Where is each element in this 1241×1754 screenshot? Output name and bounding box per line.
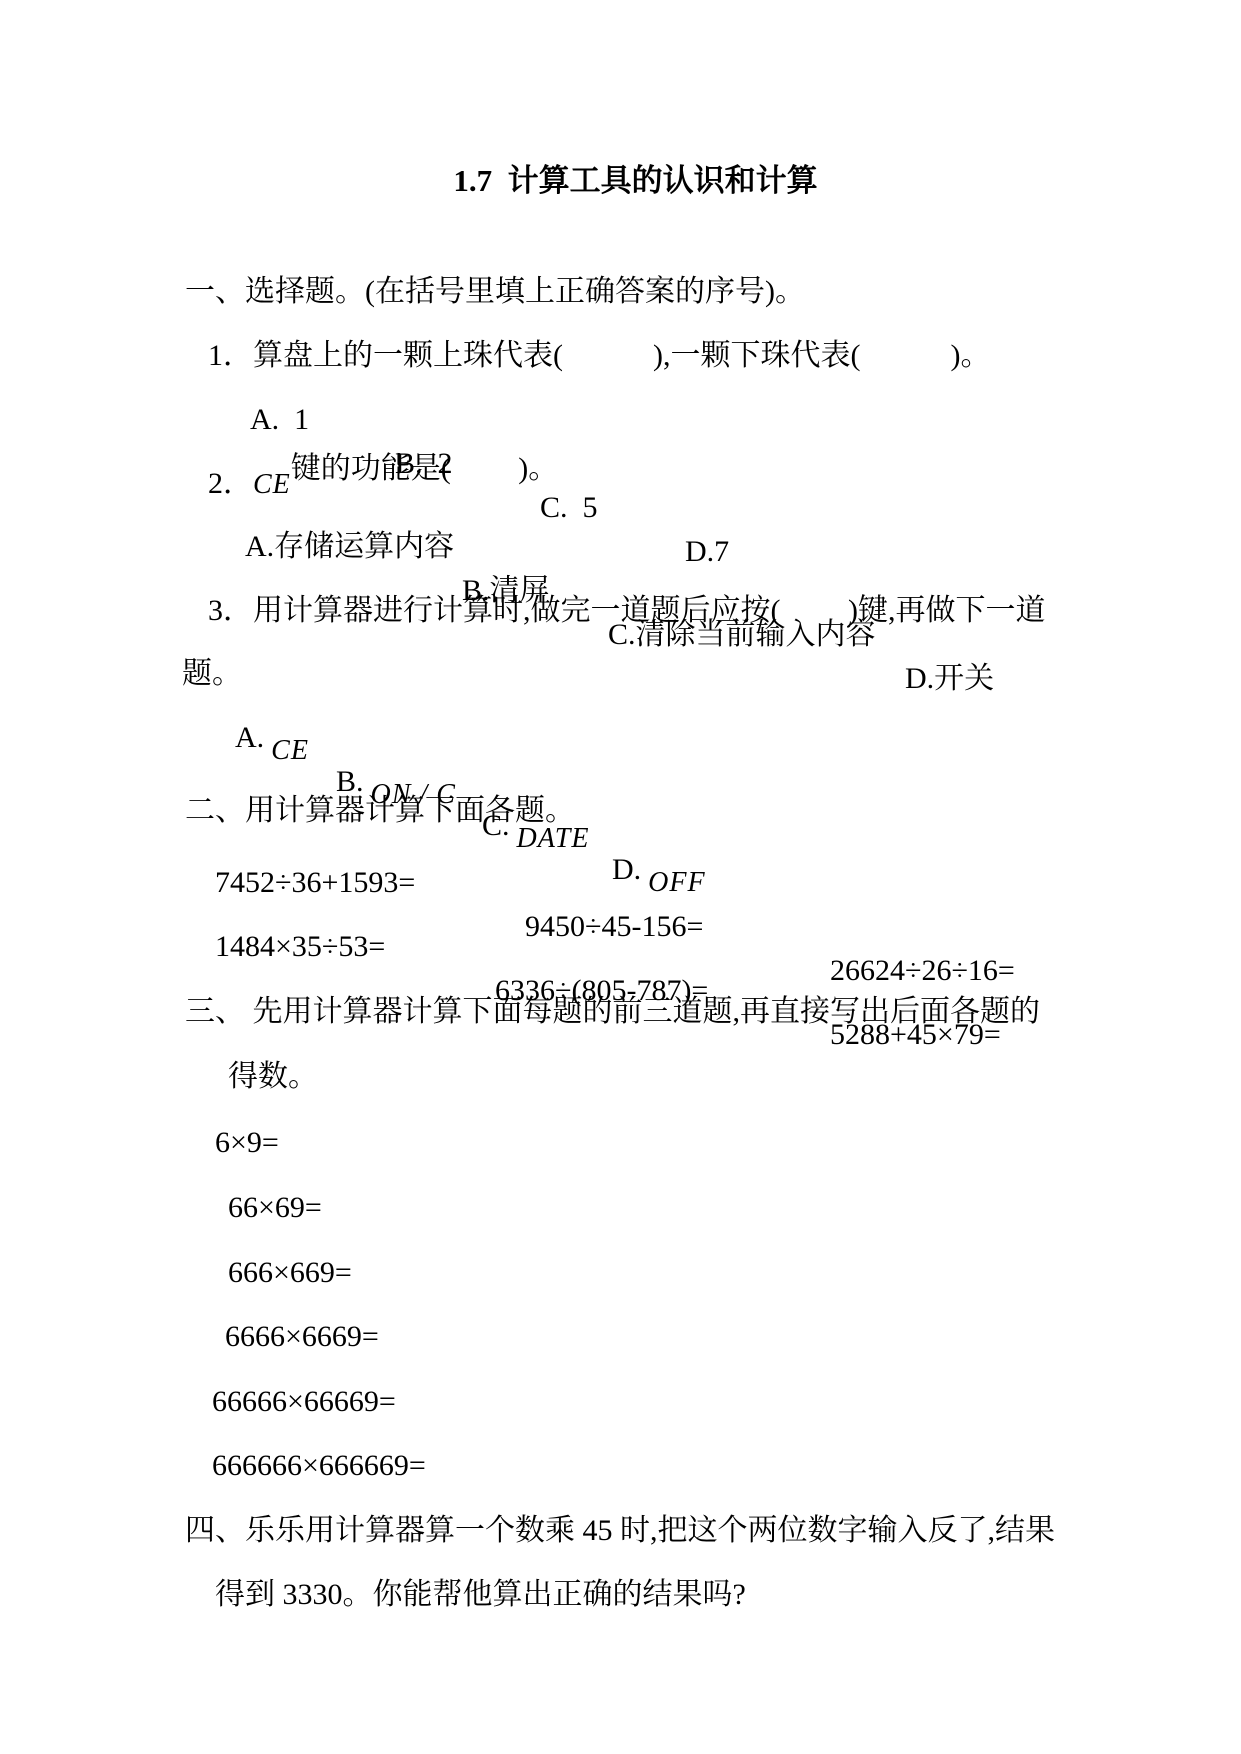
question-2: 2．CE键的功能是( )。: [0, 418, 1241, 462]
calc-row-2: 1484×35÷53= 6336÷(805-787)= 5288+45×79=: [0, 881, 1241, 925]
section-one-heading: 一、选择题。(在括号里填上正确答案的序号)。: [0, 226, 1241, 270]
calc-row-1: 7452÷36+1593= 9450÷45-156= 26624÷26÷16=: [0, 817, 1241, 861]
question-3-line1: 3．用计算器进行计算时,做完一道题后应按( )键,再做下一道: [0, 545, 1241, 589]
pattern-item-6: 666666×666669=: [0, 1400, 1241, 1444]
question-1: 1．算盘上的一颗上珠代表( ),一颗下珠代表( )。: [0, 290, 1241, 334]
pattern-item-2: 66×69=: [0, 1142, 1241, 1186]
section-four-text-wrap: 得到 3330。你能帮他算出正确的结果吗?: [215, 1573, 746, 1617]
section-two-heading: 二、用计算器计算下面各题。: [0, 745, 1241, 789]
question-3-options: A.CE B.ON / C C.DATE D.OFF: [0, 672, 1241, 716]
page-title: 1.7 计算工具的认识和计算: [0, 159, 1241, 203]
section-four-line1: 四、乐乐用计算器算一个数乘 45 时,把这个两位数字输入反了,结果: [0, 1465, 1241, 1509]
pattern-item-4: 6666×6669=: [0, 1271, 1241, 1315]
section-three-heading-wrap: 得数。: [0, 1011, 1241, 1055]
section-four-line2: 得到 3330。你能帮他算出正确的结果吗?: [0, 1529, 1241, 1573]
question-3-line2: 题。: [0, 608, 1241, 652]
question-1-options: A. 1 B. 2 C. 5 D.7: [0, 354, 1241, 398]
pattern-item-1: 6×9=: [0, 1077, 1241, 1121]
pattern-item-3: 666×669=: [0, 1207, 1241, 1251]
pattern-item-5: 66666×66669=: [0, 1336, 1241, 1380]
question-2-options: A.存储运算内容 B.清屏 C.清除当前输入内容 D.开关: [0, 481, 1241, 525]
section-three-heading: 三、 先用计算器计算下面每题的前三道题,再直接写出后面各题的: [0, 946, 1241, 990]
worksheet-page: 1.7 计算工具的认识和计算 一、选择题。(在括号里填上正确答案的序号)。 1．…: [0, 0, 1241, 1754]
